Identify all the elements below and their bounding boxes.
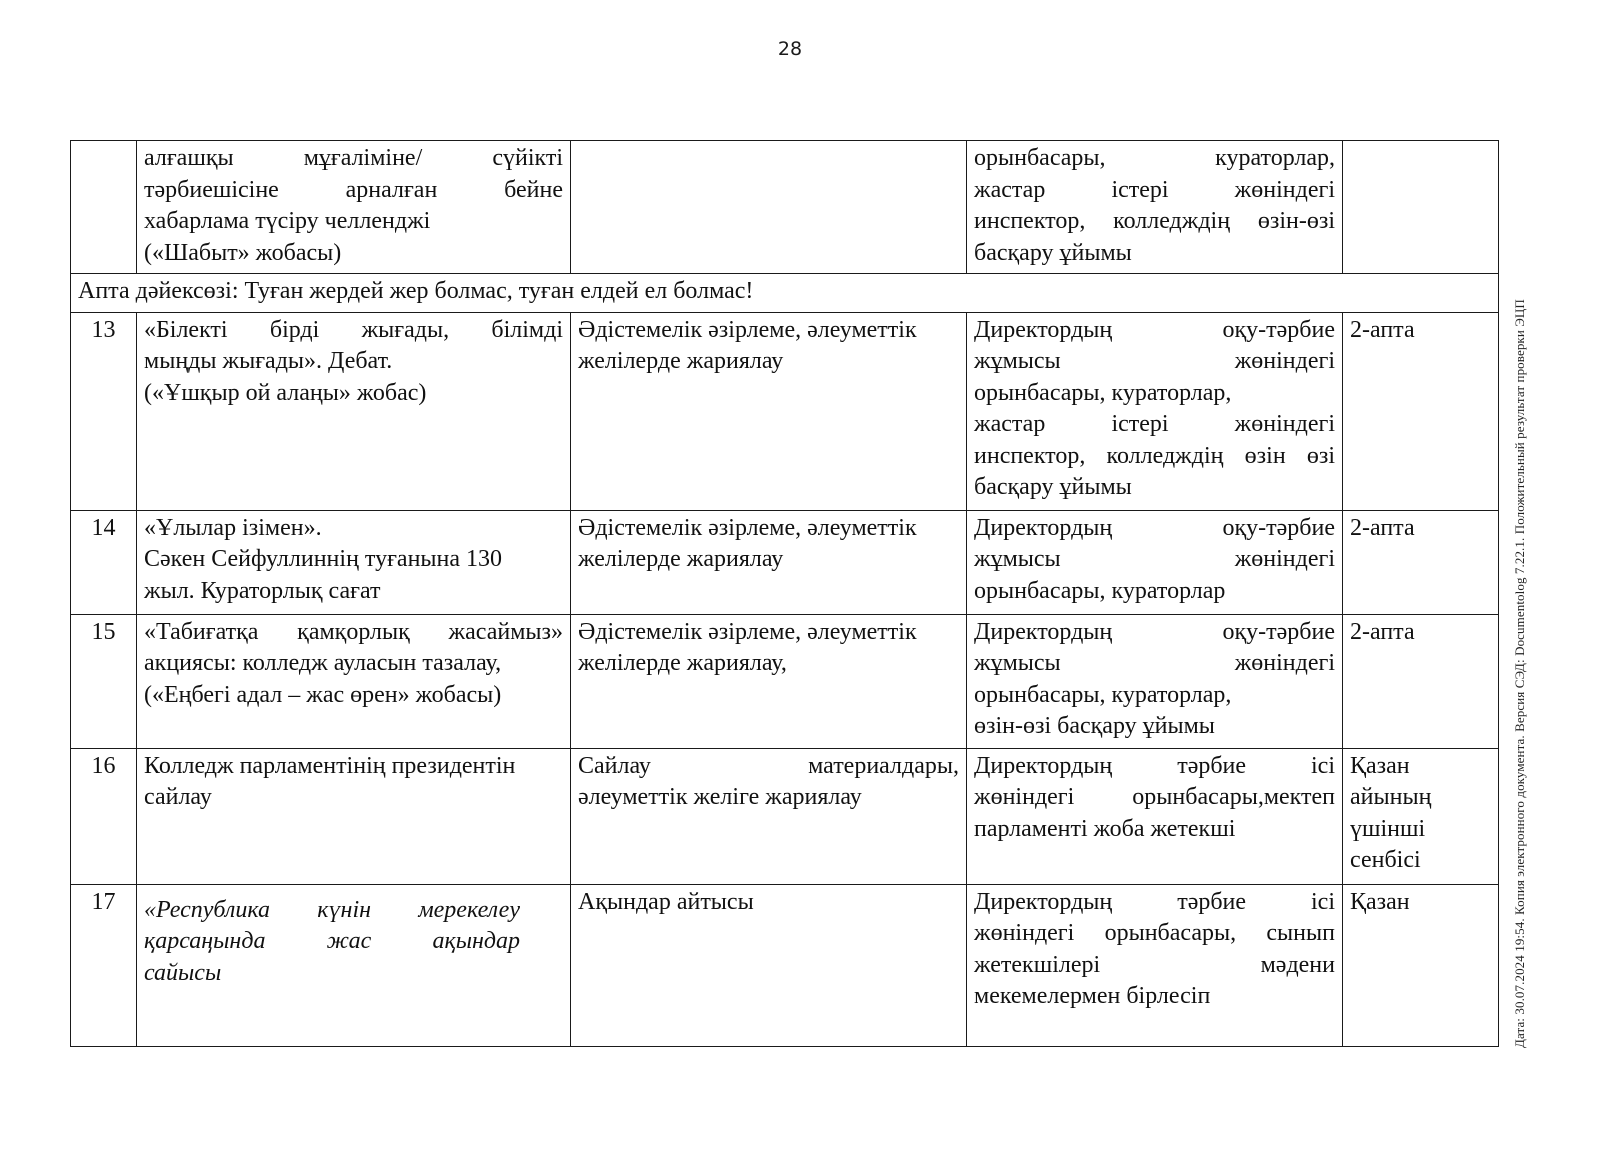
cell-number: 15: [71, 614, 137, 748]
cell-responsible: Директордың оқу-тәрбиежұмысы жөніндегіор…: [967, 312, 1343, 510]
text-line: Әдістемелік әзірлеме, әлеуметтік: [578, 513, 959, 545]
event-plan-body: алғашқы мұғаліміне/ сүйіктітәрбиешісіне …: [71, 141, 1499, 1047]
text-line: акциясы: колледж ауласын тазалау,: [144, 648, 563, 680]
text-line: 2-апта: [1350, 617, 1491, 649]
text-line: сенбісі: [1350, 845, 1491, 877]
cell-date: [1343, 141, 1499, 274]
cell-number: 13: [71, 312, 137, 510]
table-row-week-quote: Апта дәйексөзі: Туған жердей жер болмас,…: [71, 274, 1499, 313]
cell-form: Әдістемелік әзірлеме, әлеуметтікжелілерд…: [571, 510, 967, 614]
table-row: 13«Білекті бірді жығады, білімдімыңды жы…: [71, 312, 1499, 510]
cell-event: «Табиғатқа қамқорлық жасаймыз»акциясы: к…: [137, 614, 571, 748]
table-row-continued: алғашқы мұғаліміне/ сүйіктітәрбиешісіне …: [71, 141, 1499, 274]
text-line: («Еңбегі адал – жас өрен» жобасы): [144, 680, 563, 712]
text-line: Директордың оқу-тәрбие: [974, 315, 1335, 347]
week-quote: Апта дәйексөзі: Туған жердей жер болмас,…: [71, 274, 1499, 313]
text-line: желілерде жариялау,: [578, 648, 959, 680]
text-line: парламенті жоба жетекші: [974, 814, 1335, 846]
text-line: хабарлама түсіру челленджі: [144, 206, 563, 238]
text-line: Директордың тәрбие ісі: [974, 751, 1335, 783]
cell-date: 2-апта: [1343, 614, 1499, 748]
text-line: жұмысы жөніндегі: [974, 346, 1335, 378]
text-line: жастар істері жөніндегі: [974, 409, 1335, 441]
text-line: қарсаңында жас ақындар: [144, 926, 520, 958]
text-line: үшінші: [1350, 814, 1491, 846]
cell-form: [571, 141, 967, 274]
text-line: Ақындар айтысы: [578, 887, 959, 919]
cell-responsible: орынбасары, кураторлар,жастар істері жөн…: [967, 141, 1343, 274]
table-row: 15 «Табиғатқа қамқорлық жасаймыз»акциясы…: [71, 614, 1499, 748]
cell-date: 2-апта: [1343, 312, 1499, 510]
cell-form: Әдістемелік әзірлеме, әлеуметтікжелілерд…: [571, 614, 967, 748]
text-line: жыл. Кураторлық сағат: [144, 576, 563, 608]
cell-responsible: Директордың тәрбие ісіжөніндегі орынбаса…: [967, 748, 1343, 884]
cell-number: 16: [71, 748, 137, 884]
text-line: орынбасары, кураторлар: [974, 576, 1335, 608]
cell-form: Әдістемелік әзірлеме, әлеуметтікжелілерд…: [571, 312, 967, 510]
text-line: Әдістемелік әзірлеме, әлеуметтік: [578, 617, 959, 649]
cell-event: Колледж парламентінің президентінсайлау: [137, 748, 571, 884]
text-line: сайлау: [144, 782, 563, 814]
cell-event: «Білекті бірді жығады, білімдімыңды жыға…: [137, 312, 571, 510]
table-row: 16Колледж парламентінің президентінсайла…: [71, 748, 1499, 884]
text-line: Директордың оқу-тәрбие: [974, 513, 1335, 545]
text-line: әлеуметтік желіге жариялау: [578, 782, 959, 814]
text-line: «Білекті бірді жығады, білімді: [144, 315, 563, 347]
text-line: 2-апта: [1350, 513, 1491, 545]
text-line: айының: [1350, 782, 1491, 814]
text-line: жөніндегі орынбасары,мектеп: [974, 782, 1335, 814]
text-line: орынбасары, кураторлар,: [974, 680, 1335, 712]
text-line: Колледж парламентінің президентін: [144, 751, 563, 783]
cell-event: алғашқы мұғаліміне/ сүйіктітәрбиешісіне …: [137, 141, 571, 274]
cell-date: 2-апта: [1343, 510, 1499, 614]
text-line: мыңды жығады». Дебат.: [144, 346, 563, 378]
text-line: желілерде жариялау: [578, 346, 959, 378]
text-line: жетекшілері мәдени: [974, 950, 1335, 982]
text-line: орынбасары, кураторлар,: [974, 143, 1335, 175]
cell-responsible: Директордың тәрбие ісіжөніндегі орынбаса…: [967, 884, 1343, 1046]
text-line: Директордың тәрбие ісі: [974, 887, 1335, 919]
text-line: желілерде жариялау: [578, 544, 959, 576]
text-line: инспектор, колледждің өзін-өзі: [974, 206, 1335, 238]
text-line: сайысы: [144, 958, 520, 990]
cell-date: Қазан: [1343, 884, 1499, 1046]
cell-responsible: Директордың оқу-тәрбиежұмысы жөніндегіор…: [967, 614, 1343, 748]
text-line: жөніндегі орынбасары, сынып: [974, 918, 1335, 950]
cell-responsible: Директордың оқу-тәрбиежұмысы жөніндегіор…: [967, 510, 1343, 614]
text-line: алғашқы мұғаліміне/ сүйікті: [144, 143, 563, 175]
text-line: инспектор, колледждің өзін өзі: [974, 441, 1335, 473]
cell-event: «Ұлылар ізімен».Сәкен Сейфуллиннің туған…: [137, 510, 571, 614]
text-line: басқару ұйымы: [974, 472, 1335, 504]
table-row: 17«Республика күнін мерекелеуқарсаңында …: [71, 884, 1499, 1046]
text-line: жастар істері жөніндегі: [974, 175, 1335, 207]
page-number: 28: [770, 38, 810, 60]
text-line: Қазан: [1350, 751, 1491, 783]
text-line: Әдістемелік әзірлеме, әлеуметтік: [578, 315, 959, 347]
text-line: «Табиғатқа қамқорлық жасаймыз»: [144, 617, 563, 649]
text-line: басқару ұйымы: [974, 238, 1335, 270]
cell-form: Сайлау материалдары,әлеуметтік желіге жа…: [571, 748, 967, 884]
cell-form: Ақындар айтысы: [571, 884, 967, 1046]
text-line: «Ұлылар ізімен».: [144, 513, 563, 545]
text-line: өзін-өзі басқару ұйымы: [974, 711, 1335, 743]
edoc-verification-stamp: Дата: 30.07.2024 19:54. Копия электронно…: [1512, 268, 1534, 1048]
cell-number: 17: [71, 884, 137, 1046]
text-line: мекемелермен бірлесіп: [974, 981, 1335, 1013]
text-line: Сәкен Сейфуллиннің туғанына 130: [144, 544, 563, 576]
cell-event: «Республика күнін мерекелеуқарсаңында жа…: [137, 884, 571, 1046]
cell-date: Қазанайыныңүшіншісенбісі: [1343, 748, 1499, 884]
event-plan-sheet: алғашқы мұғаліміне/ сүйіктітәрбиешісіне …: [70, 140, 1498, 1047]
text-line: жұмысы жөніндегі: [974, 648, 1335, 680]
text-line: тәрбиешісіне арналған бейне: [144, 175, 563, 207]
text-line: «Республика күнін мерекелеу: [144, 895, 520, 927]
text-line: Сайлау материалдары,: [578, 751, 959, 783]
table-row: 14«Ұлылар ізімен».Сәкен Сейфуллиннің туғ…: [71, 510, 1499, 614]
text-line: («Шабыт» жобасы): [144, 238, 563, 270]
event-plan-table: алғашқы мұғаліміне/ сүйіктітәрбиешісіне …: [70, 140, 1499, 1047]
cell-number: [71, 141, 137, 274]
text-line: Қазан: [1350, 887, 1491, 919]
text-line: («Ұшқыр ой алаңы» жобас): [144, 378, 563, 410]
text-line: жұмысы жөніндегі: [974, 544, 1335, 576]
cell-number: 14: [71, 510, 137, 614]
text-line: орынбасары, кураторлар,: [974, 378, 1335, 410]
text-line: 2-апта: [1350, 315, 1491, 347]
text-line: Директордың оқу-тәрбие: [974, 617, 1335, 649]
